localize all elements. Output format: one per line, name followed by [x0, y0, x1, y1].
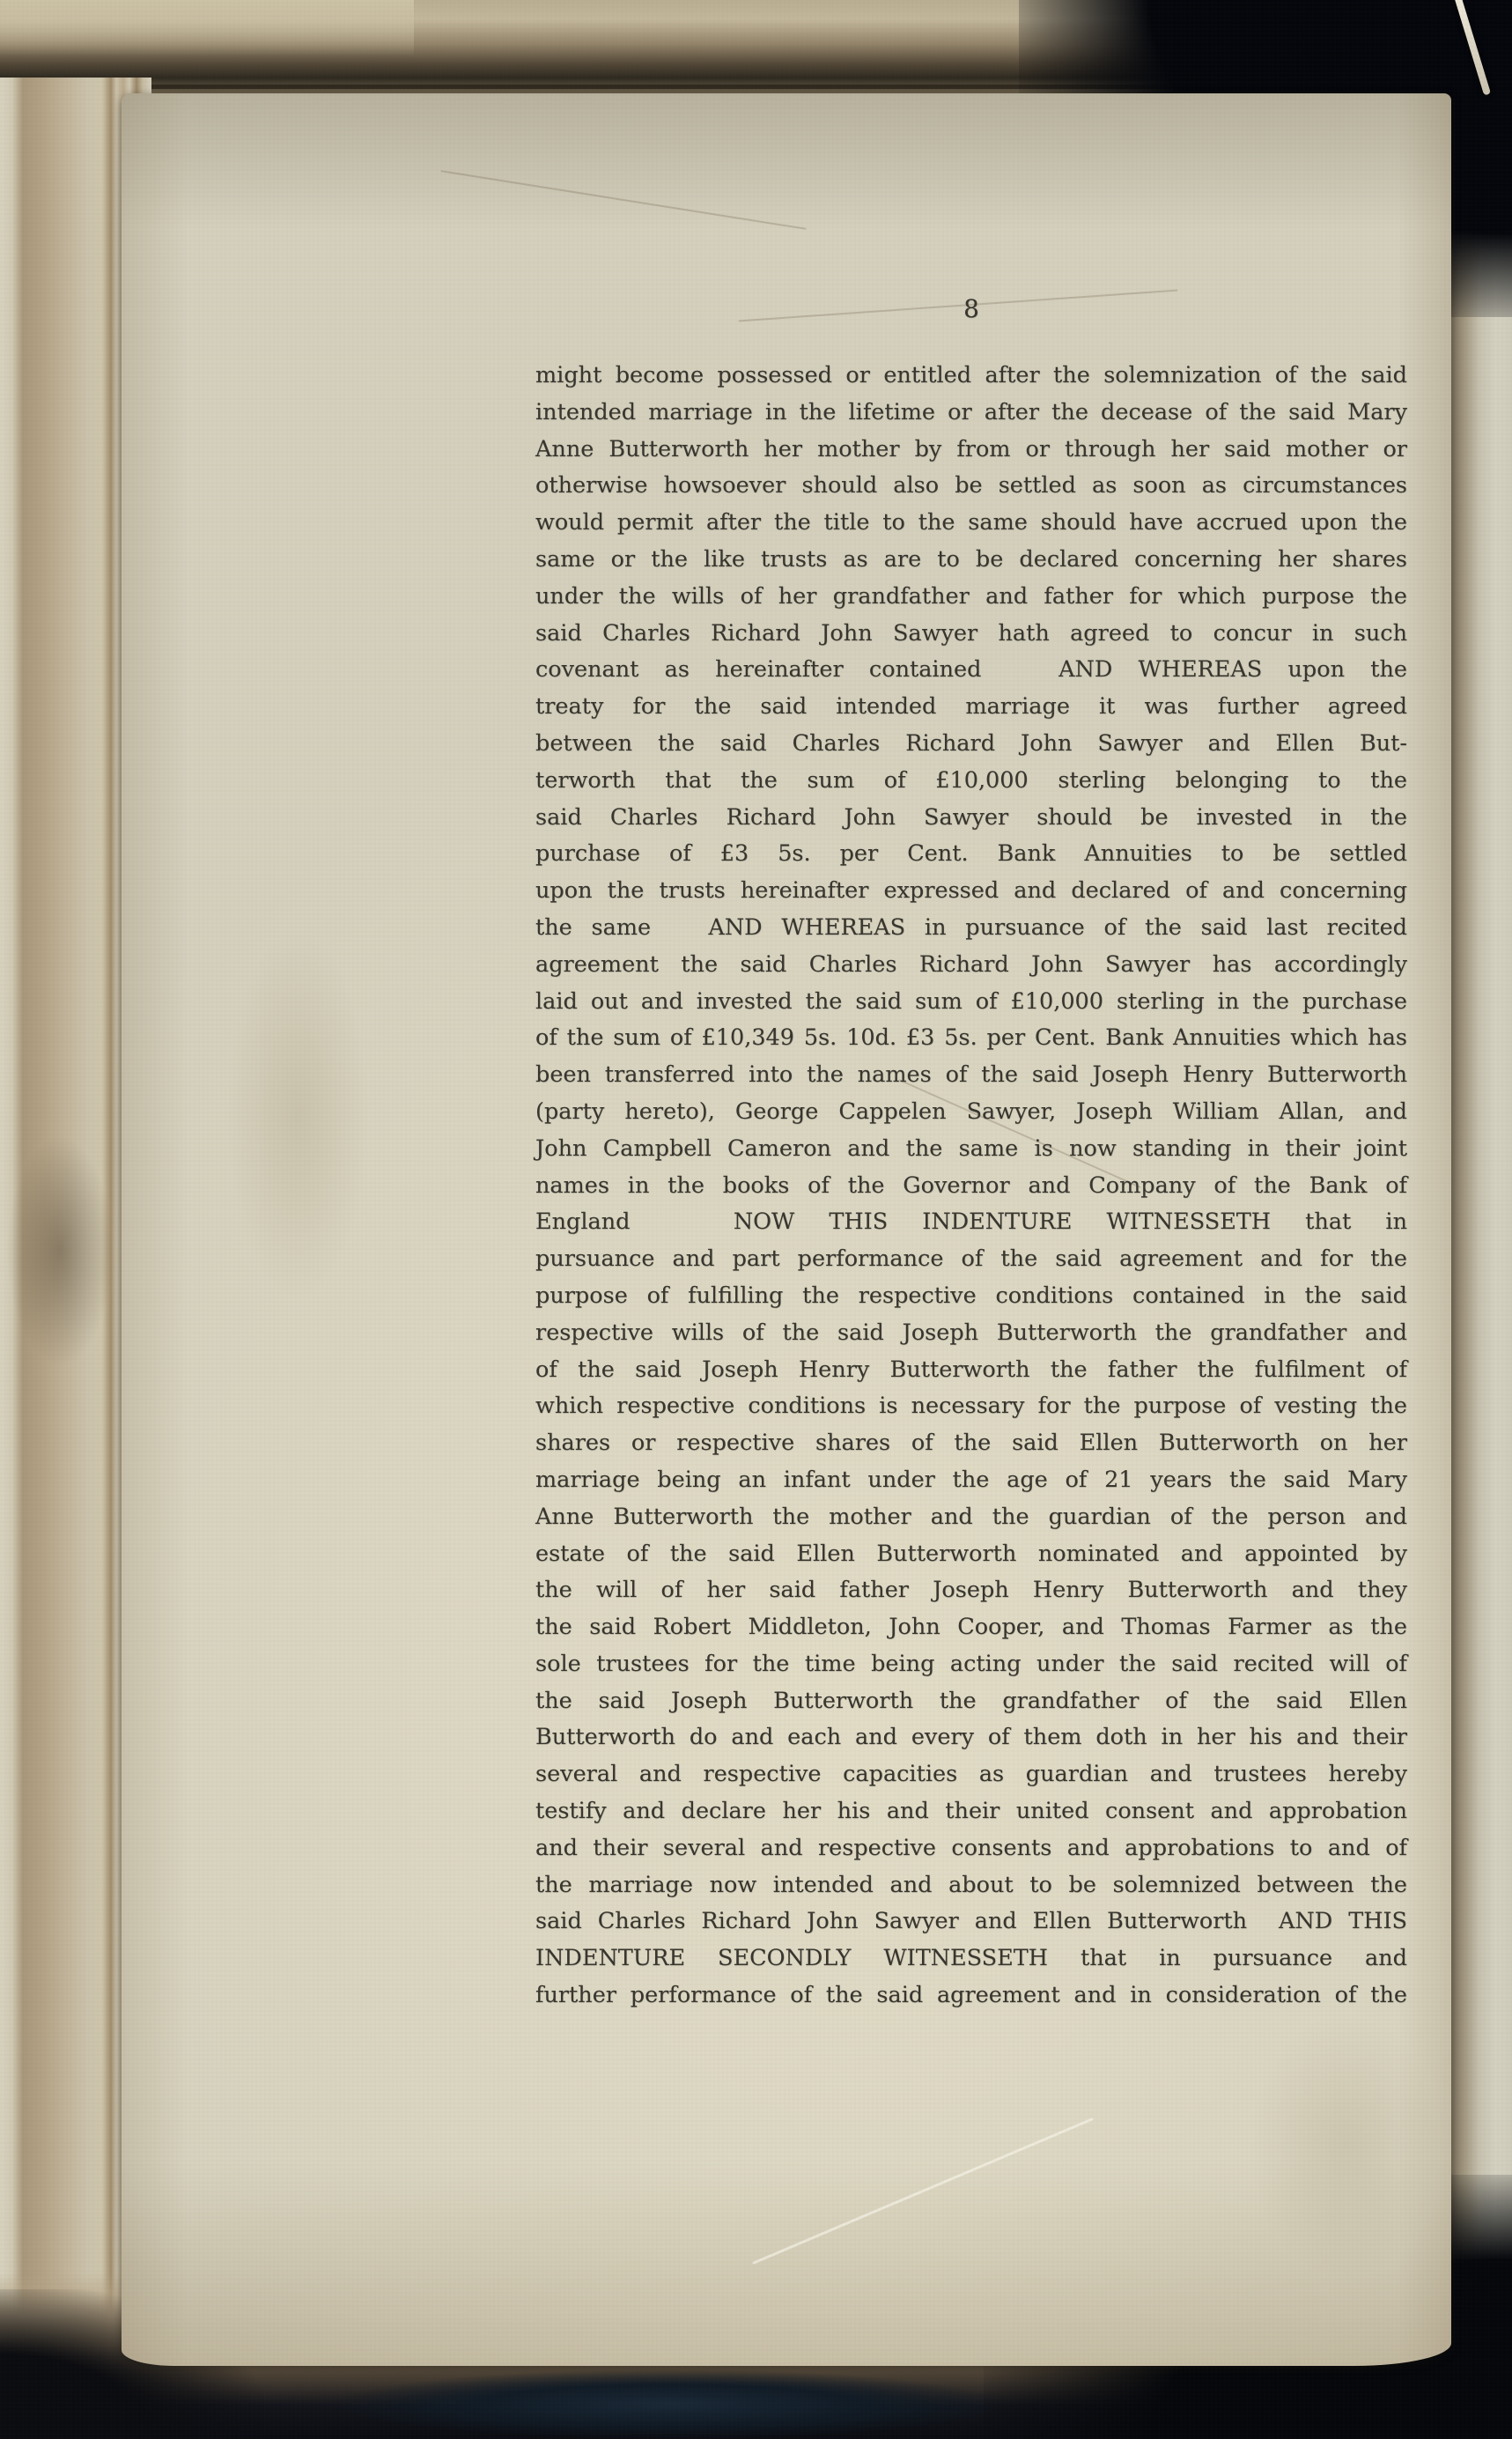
text-line: which respective conditions is necessary…	[535, 1388, 1407, 1425]
text-line: estate of the said Ellen Butterworth nom…	[535, 1536, 1407, 1573]
text-line: said Charles Richard John Sawyer hath ag…	[535, 616, 1407, 653]
text-line: respective wills of the said Joseph Butt…	[535, 1315, 1407, 1352]
text-line: been transferred into the names of the s…	[535, 1057, 1407, 1094]
text-line: testify and declare her his and their un…	[535, 1793, 1407, 1830]
text-line: further performance of the said agreemen…	[535, 1977, 1407, 2014]
paper-scratch	[752, 2117, 1094, 2265]
text-line: said Charles Richard John Sawyer should …	[535, 800, 1407, 837]
left-edge-smudge	[7, 1136, 113, 1365]
text-line: might become possessed or entitled after…	[535, 358, 1407, 395]
text-line: names in the books of the Governor and C…	[535, 1168, 1407, 1205]
text-line: Anne Butterworth her mother by from or t…	[535, 432, 1407, 469]
deed-text-block: might become possessed or entitled after…	[535, 358, 1407, 2014]
text-line: purpose of fulfilling the respective con…	[535, 1278, 1407, 1315]
text-line: the will of her said father Joseph Henry…	[535, 1572, 1407, 1609]
text-line: agreement the said Charles Richard John …	[535, 947, 1407, 984]
text-line: several and respective capacities as gua…	[535, 1756, 1407, 1793]
text-line: the said Robert Middleton, John Cooper, …	[535, 1609, 1407, 1646]
text-line: and their several and respective consent…	[535, 1830, 1407, 1867]
text-line: would permit after the title to the same…	[535, 505, 1407, 542]
text-line: under the wills of her grandfather and f…	[535, 579, 1407, 616]
text-line: shares or respective shares of the said …	[535, 1425, 1407, 1462]
text-line: INDENTURE SECONDLY WITNESSETH that in pu…	[535, 1940, 1407, 1977]
book-scan: 8 might become possessed or entitled aft…	[0, 0, 1512, 2439]
text-line: purchase of £3 5s. per Cent. Bank Annuit…	[535, 836, 1407, 873]
text-line: otherwise howsoever should also be settl…	[535, 468, 1407, 505]
text-line: intended marriage in the lifetime or aft…	[535, 395, 1407, 432]
text-line: covenant as hereinafter contained AND WH…	[535, 652, 1407, 689]
paper-stain	[227, 930, 368, 1300]
text-line: pursuance and part performance of the sa…	[535, 1241, 1407, 1278]
text-line: terworth that the sum of £10,000 sterlin…	[535, 763, 1407, 800]
text-line: sole trustees for the time being acting …	[535, 1646, 1407, 1683]
text-line: the said Joseph Butterworth the grandfat…	[535, 1683, 1407, 1720]
text-line: treaty for the said intended marriage it…	[535, 689, 1407, 726]
paper-stain	[1249, 2014, 1442, 2278]
text-line: laid out and invested the said sum of £1…	[535, 984, 1407, 1021]
text-line: the same AND WHEREAS in pursuance of the…	[535, 910, 1407, 947]
text-line: of the sum of £10,349 5s. 10d. £3 5s. pe…	[535, 1020, 1407, 1057]
top-left-page-edge-highlight	[0, 0, 414, 56]
text-line: of the said Joseph Henry Butterworth the…	[535, 1352, 1407, 1389]
paper-scratch	[440, 170, 806, 230]
text-line: Anne Butterworth the mother and the guar…	[535, 1499, 1407, 1536]
text-line: between the said Charles Richard John Sa…	[535, 726, 1407, 763]
text-line: John Campbell Cameron and the same is no…	[535, 1131, 1407, 1168]
text-line: marriage being an infant under the age o…	[535, 1462, 1407, 1499]
book-page: 8 might become possessed or entitled aft…	[122, 93, 1451, 2366]
text-line: upon the trusts hereinafter expressed an…	[535, 873, 1407, 910]
text-line: England NOW THIS INDENTURE WITNESSETH th…	[535, 1204, 1407, 1241]
text-line: (party hereto), George Cappelen Sawyer, …	[535, 1094, 1407, 1131]
text-line: Butterworth do and each and every of the…	[535, 1719, 1407, 1756]
text-line: said Charles Richard John Sawyer and Ell…	[535, 1903, 1407, 1940]
page-number: 8	[535, 294, 1407, 331]
book-cover-cloth	[335, 2369, 1004, 2439]
text-line: the marriage now intended and about to b…	[535, 1867, 1407, 1904]
text-line: same or the like trusts as are to be dec…	[535, 542, 1407, 579]
